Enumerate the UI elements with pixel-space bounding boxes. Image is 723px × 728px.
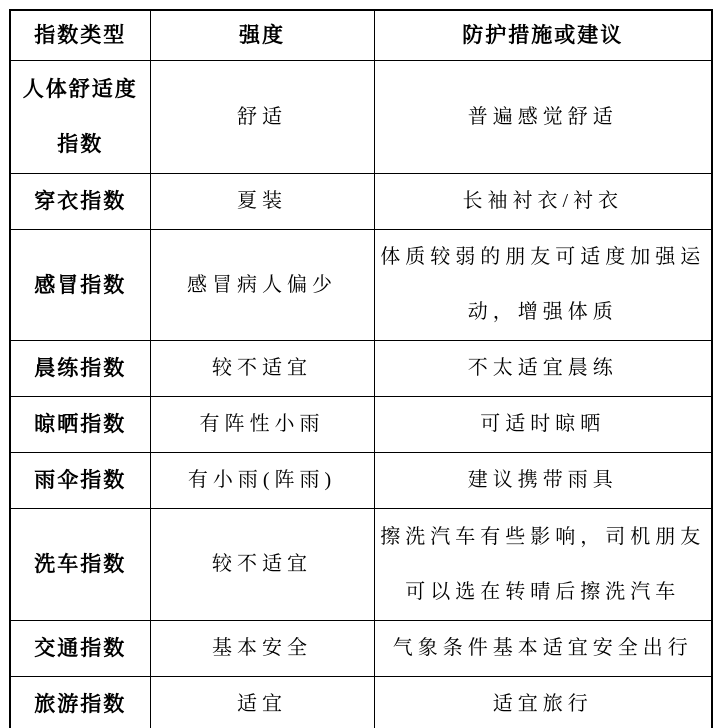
cell-strength: 有阵性小雨 bbox=[150, 397, 374, 453]
table-row-traffic: 交通指数 基本安全 气象条件基本适宜安全出行 bbox=[10, 621, 712, 677]
table-row-cold: 感冒指数 感冒病人偏少 体质较弱的朋友可适度加强运 动，增强体质 bbox=[10, 230, 712, 341]
cell-index-type: 雨伞指数 bbox=[10, 453, 150, 509]
indices-table: 指数类型 强度 防护措施或建议 人体舒适度 指数 舒适 普遍感觉舒适 穿衣指数 … bbox=[9, 9, 713, 728]
table-row-car-washing: 洗车指数 较不适宜 擦洗汽车有些影响，司机朋友 可以选在转晴后擦洗汽车 bbox=[10, 509, 712, 621]
cell-advice: 可适时晾晒 bbox=[374, 397, 712, 453]
table-row-travel: 旅游指数 适宜 适宜旅行 bbox=[10, 677, 712, 728]
cell-index-type: 交通指数 bbox=[10, 621, 150, 677]
table-row-drying: 晾晒指数 有阵性小雨 可适时晾晒 bbox=[10, 397, 712, 453]
cell-index-type: 晾晒指数 bbox=[10, 397, 150, 453]
cell-advice: 体质较弱的朋友可适度加强运 动，增强体质 bbox=[374, 230, 712, 341]
cell-strength: 较不适宜 bbox=[150, 509, 374, 621]
cell-strength: 感冒病人偏少 bbox=[150, 230, 374, 341]
cell-index-type: 晨练指数 bbox=[10, 341, 150, 397]
weather-indices-page: 指数类型 强度 防护措施或建议 人体舒适度 指数 舒适 普遍感觉舒适 穿衣指数 … bbox=[0, 0, 723, 728]
cell-strength: 舒适 bbox=[150, 61, 374, 174]
table-row-dressing: 穿衣指数 夏装 长袖衬衣/衬衣 bbox=[10, 174, 712, 230]
cell-index-type: 旅游指数 bbox=[10, 677, 150, 728]
cell-advice: 适宜旅行 bbox=[374, 677, 712, 728]
cell-advice: 不太适宜晨练 bbox=[374, 341, 712, 397]
cell-advice: 擦洗汽车有些影响，司机朋友 可以选在转晴后擦洗汽车 bbox=[374, 509, 712, 621]
table-row-umbrella: 雨伞指数 有小雨(阵雨) 建议携带雨具 bbox=[10, 453, 712, 509]
cell-strength: 有小雨(阵雨) bbox=[150, 453, 374, 509]
column-header-index-type: 指数类型 bbox=[10, 10, 150, 61]
table-row-comfort: 人体舒适度 指数 舒适 普遍感觉舒适 bbox=[10, 61, 712, 174]
cell-strength: 基本安全 bbox=[150, 621, 374, 677]
table-row-morning-exercise: 晨练指数 较不适宜 不太适宜晨练 bbox=[10, 341, 712, 397]
cell-advice: 建议携带雨具 bbox=[374, 453, 712, 509]
column-header-advice: 防护措施或建议 bbox=[374, 10, 712, 61]
cell-advice: 长袖衬衣/衬衣 bbox=[374, 174, 712, 230]
cell-index-type: 洗车指数 bbox=[10, 509, 150, 621]
table-header-row: 指数类型 强度 防护措施或建议 bbox=[10, 10, 712, 61]
cell-index-type: 人体舒适度 指数 bbox=[10, 61, 150, 174]
column-header-strength: 强度 bbox=[150, 10, 374, 61]
cell-advice: 气象条件基本适宜安全出行 bbox=[374, 621, 712, 677]
cell-strength: 夏装 bbox=[150, 174, 374, 230]
cell-advice: 普遍感觉舒适 bbox=[374, 61, 712, 174]
cell-index-type: 感冒指数 bbox=[10, 230, 150, 341]
cell-strength: 适宜 bbox=[150, 677, 374, 728]
cell-index-type: 穿衣指数 bbox=[10, 174, 150, 230]
cell-strength: 较不适宜 bbox=[150, 341, 374, 397]
